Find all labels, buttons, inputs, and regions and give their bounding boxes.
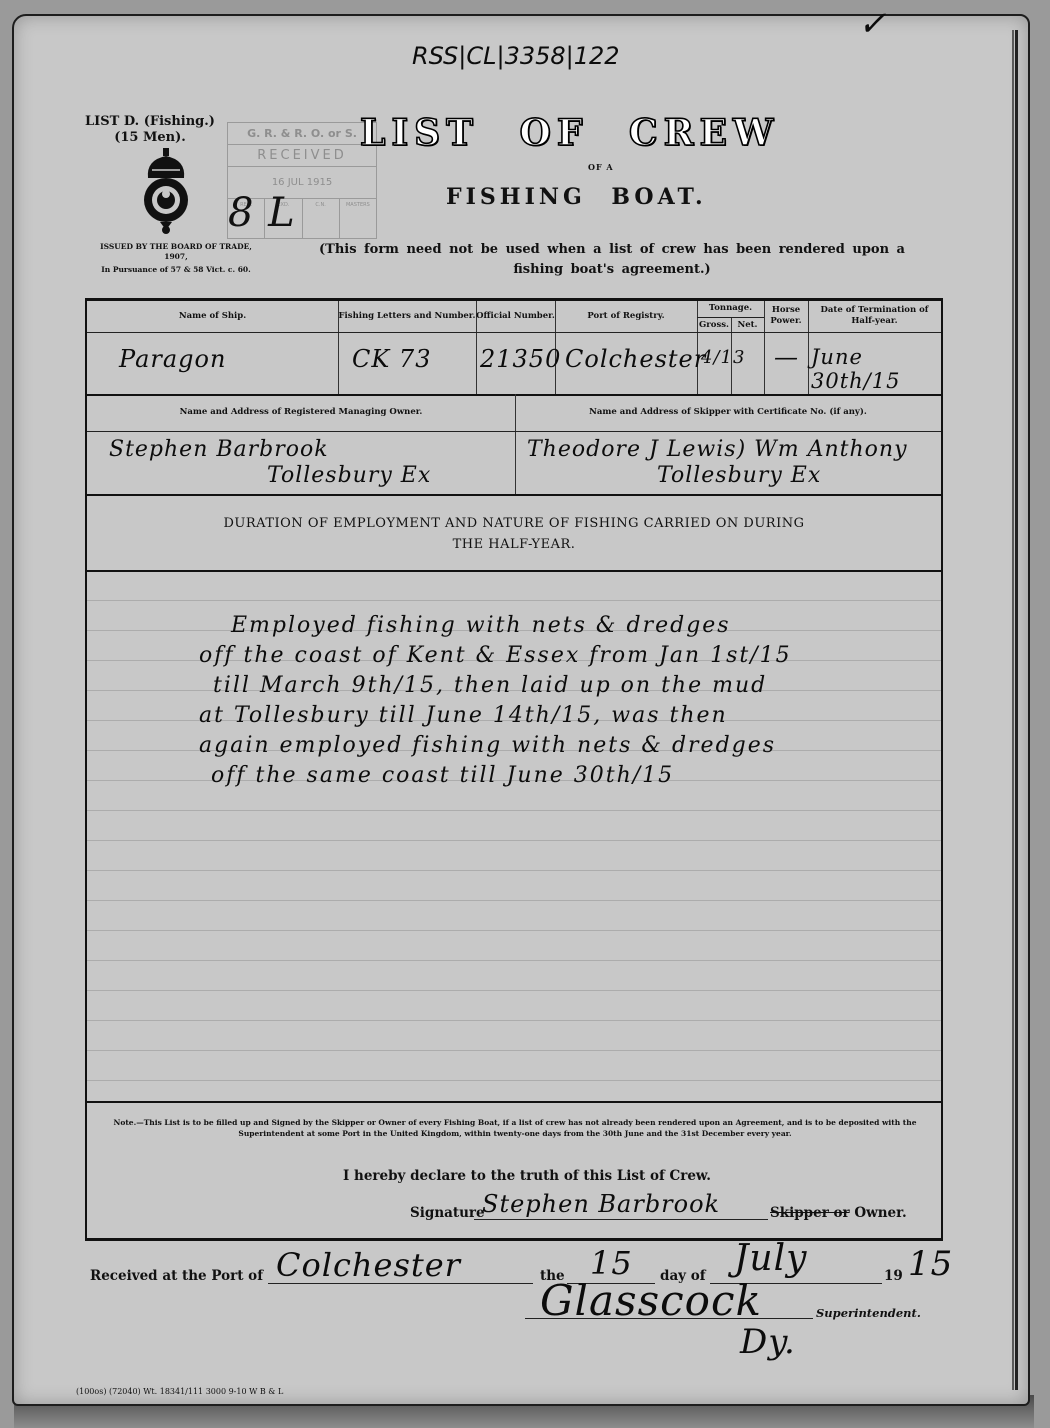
signature-value: Stephen Barbrook xyxy=(482,1190,720,1218)
received-port-value: Colchester xyxy=(276,1246,461,1284)
form-id-line2: (15 Men). xyxy=(80,130,220,146)
superintendent-signature: Glasscock xyxy=(540,1276,762,1325)
archive-reference: RSS|CL|3358|122 xyxy=(412,42,620,70)
duration-heading-line1: DURATION OF EMPLOYMENT AND NATURE OF FIS… xyxy=(87,513,941,534)
narrative-line: off the coast of Kent & Essex from Jan 1… xyxy=(199,643,792,668)
superintendent-label: Superintendent. xyxy=(816,1306,921,1320)
received-year-prefix: 19 xyxy=(884,1268,903,1284)
skipper-address: Tollesbury Ex xyxy=(657,463,821,488)
page-edge xyxy=(1012,30,1018,1390)
divider xyxy=(87,431,941,432)
divider xyxy=(87,332,941,333)
page-subtitle: FISHING BOAT. xyxy=(446,184,707,210)
header-net: Net. xyxy=(731,320,764,331)
issuer-line1: ISSUED BY THE BOARD OF TRADE, xyxy=(76,242,276,252)
owner-address: Tollesbury Ex xyxy=(267,463,431,488)
header-owner: Name and Address of Registered Managing … xyxy=(87,407,515,418)
value-horse-power: — xyxy=(774,343,799,371)
usage-note: (This form need not be used when a list … xyxy=(306,240,918,280)
signature-role-owner: Owner. xyxy=(854,1205,906,1221)
header-name-of-ship: Name of Ship. xyxy=(87,311,338,322)
superintendent-suffix: Dy. xyxy=(740,1322,796,1362)
printer-imprint: (100os) (72040) Wt. 18341/111 3000 9-10 … xyxy=(76,1387,283,1396)
royal-crest-icon xyxy=(140,148,192,236)
received-port-label: Received at the Port of xyxy=(90,1268,263,1284)
duration-heading-line2: THE HALF-YEAR. xyxy=(87,534,941,555)
header-official-number: Official Number. xyxy=(476,311,555,322)
value-fishing-letters: CK 73 xyxy=(352,345,431,373)
received-year-value: 15 xyxy=(908,1244,953,1284)
signature-role: Skipper or Owner. xyxy=(770,1205,907,1221)
received-month-value: July xyxy=(734,1238,807,1279)
value-official-number: 21350 xyxy=(480,345,561,373)
stamp-col: C.N. xyxy=(303,199,340,238)
duration-heading: DURATION OF EMPLOYMENT AND NATURE OF FIS… xyxy=(87,513,941,555)
header-termination-date: Date of Termination of Half-year. xyxy=(808,305,941,327)
header-fishing-letters: Fishing Letters and Number. xyxy=(338,311,476,322)
header-horse-power: Horse Power. xyxy=(764,305,808,327)
owner-name: Stephen Barbrook xyxy=(109,437,329,462)
signature-line xyxy=(474,1219,768,1220)
divider xyxy=(87,1101,941,1103)
narrative-line: off the same coast till June 30th/15 xyxy=(211,763,674,788)
header-gross: Gross. xyxy=(697,320,731,331)
crew-form-box: Name of Ship. Fishing Letters and Number… xyxy=(85,298,943,1241)
divider xyxy=(697,317,764,318)
value-tonnage: 4/13 xyxy=(701,347,745,368)
narrative-line: again employed fishing with nets & dredg… xyxy=(199,733,776,758)
divider xyxy=(87,494,941,496)
signature-role-struck: Skipper or xyxy=(770,1205,850,1221)
header-port-of-registry: Port of Registry. xyxy=(555,311,697,322)
narrative-line: till March 9th/15, then laid up on the m… xyxy=(213,673,767,698)
value-name-of-ship: Paragon xyxy=(119,345,226,373)
header-tonnage: Tonnage. xyxy=(697,303,764,314)
declaration-text: I hereby declare to the truth of this Li… xyxy=(343,1168,711,1184)
stamp-col: MASTERS xyxy=(340,199,376,238)
stamp-office: G. R. & R. O. or S. xyxy=(228,123,376,145)
title-connector: OF A xyxy=(588,162,614,172)
stamp-received: RECEIVED xyxy=(228,145,376,167)
narrative-line: Employed fishing with nets & dredges xyxy=(231,613,731,638)
page-title: LIST OF CREW xyxy=(360,112,779,154)
stamp-annotation: 8 L xyxy=(228,190,296,236)
skipper-name: Theodore J Lewis) Wm Anthony xyxy=(527,437,908,462)
issuer-statute: In Pursuance of 57 & 58 Vict. c. 60. xyxy=(76,265,276,275)
filing-note: Note.—This List is to be filled up and S… xyxy=(105,1117,925,1139)
issuer-notice: ISSUED BY THE BOARD OF TRADE, 1907, In P… xyxy=(76,242,276,275)
issuer-year: 1907, xyxy=(76,252,276,262)
form-identifier: LIST D. (Fishing.) (15 Men). xyxy=(80,114,220,146)
check-mark-icon: ✓ xyxy=(858,4,888,44)
narrative-line: at Tollesbury till June 14th/15, was the… xyxy=(199,703,728,728)
value-termination-date: June 30th/15 xyxy=(811,345,941,393)
form-id-line1: LIST D. (Fishing.) xyxy=(80,114,220,130)
value-port-of-registry: Colchester xyxy=(565,345,706,373)
header-skipper: Name and Address of Skipper with Certifi… xyxy=(515,407,941,418)
divider xyxy=(87,394,941,396)
